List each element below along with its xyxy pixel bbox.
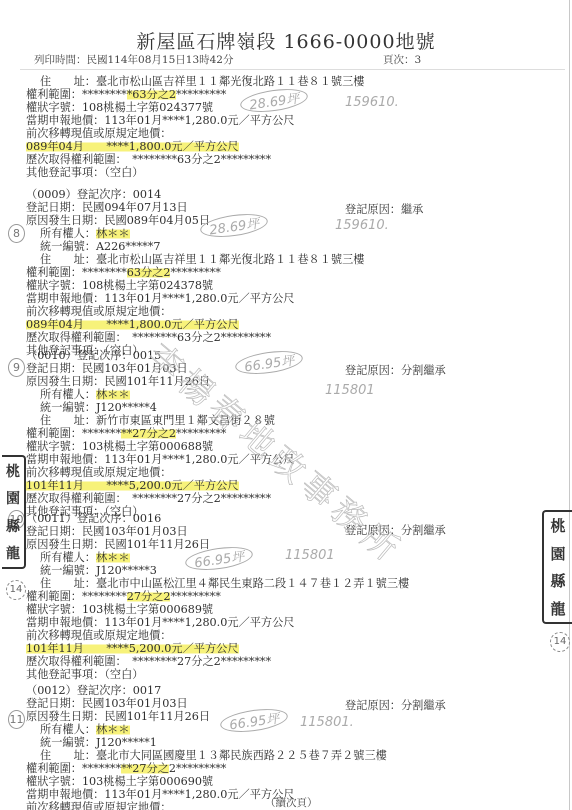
- record-prev-value-label: 前次移轉現值或原規定地價：: [26, 629, 171, 642]
- carryover-prev-value-label: 前次移轉現值或原規定地價：: [26, 127, 171, 140]
- circled-number: 9: [8, 358, 25, 377]
- record-owner: 所有權人：林＊＊: [40, 227, 130, 240]
- record-seq: （0011）登記次序：0016: [26, 512, 161, 525]
- record-owner: 所有權人：林＊＊: [40, 723, 130, 736]
- record-reason: 登記原因：分割繼承: [345, 697, 446, 713]
- record-cert-no: 權狀字號：103桃楊土字第000690號: [26, 775, 213, 788]
- carryover-hist-rights: 歷次取得權利範圍： ********63分之2*********: [26, 153, 271, 166]
- handwritten-value-note: 159610.: [335, 218, 389, 233]
- record-prev-value-label: 前次移轉現值或原規定地價：: [26, 466, 171, 479]
- record-declared-value: 當期申報地價：113年01月****1,280.0元／平方公尺: [26, 788, 294, 801]
- circled-number: 11: [8, 710, 25, 729]
- record-owner: 所有權人：林＊＊: [40, 388, 130, 401]
- highlight: *63分之2: [127, 88, 176, 101]
- print-time: 列印時間：民國114年08月15日13時42分: [34, 52, 233, 67]
- handwritten-value-note: 115801: [325, 383, 375, 398]
- record-cert-no: 權狀字號：103桃楊土字第000689號: [26, 603, 213, 616]
- record-reason: 登記原因：分割繼承: [345, 362, 446, 378]
- carryover-prev-value: 089年04月 ****1,800.0元／平方公尺: [26, 140, 239, 153]
- record-prev-value-label: 前次移轉現值或原規定地價：: [26, 305, 171, 318]
- page-number: 頁次：3: [383, 52, 421, 67]
- record-rights: 權利範圍：*********27分之2*********: [26, 427, 226, 440]
- record-rights: 權利範圍：********63分之2*********: [26, 266, 221, 279]
- record-address: 住 址：臺北市中山區松江里４鄰民生東路二段１４７巷１２弄１號三樓: [40, 577, 409, 590]
- record-id-no: 統一編號：A226*****7: [40, 240, 160, 253]
- record-address: 住 址：臺北市松山區吉祥里１１鄰光復北路１１巷８１號三樓: [40, 253, 364, 266]
- record-rights: 權利範圍：*********27分之2*********: [26, 762, 226, 775]
- handwritten-area-note: 28.69坪: [239, 85, 309, 115]
- record-other: 其他登記事項：（空白）: [26, 668, 143, 681]
- record-prev-value: 101年11月 ****5,200.0元／平方公尺: [26, 479, 239, 492]
- handwritten-value-note: 159610.: [345, 95, 399, 110]
- record-reason: 登記原因：繼承: [345, 201, 423, 217]
- circled-number: 8: [8, 224, 25, 243]
- record-address: 住 址：臺北市大同區國慶里１３鄰民族西路２２５巷７弄２號三樓: [40, 749, 387, 762]
- record-rights: 權利範圍：********27分之2*********: [26, 590, 221, 603]
- handwritten-area-note: 66.95坪: [219, 705, 289, 735]
- record-hist-rights: 歷次取得權利範圍： ********27分之2*********: [26, 492, 271, 505]
- left-seal-number: 14: [6, 580, 26, 600]
- record-seq: （0009）登記次序：0014: [26, 188, 161, 201]
- handwritten-value-note: 115801.: [300, 715, 354, 730]
- record-owner: 所有權人：林＊＊: [40, 551, 130, 564]
- record-prev-value-label: 前次移轉現值或原規定地價：: [26, 801, 171, 810]
- record-cert-no: 權狀字號：108桃楊土字第024378號: [26, 279, 213, 292]
- record-id-no: 統一編號：J120*****1: [40, 736, 157, 749]
- record-hist-rights: 歷次取得權利範圍： ********27分之2*********: [26, 655, 271, 668]
- carryover-other: 其他登記事項：（空白）: [26, 166, 143, 179]
- carryover-declared-value: 當期申報地價：113年01月****1,280.0元／平方公尺: [26, 114, 294, 127]
- record-prev-value: 089年04月 ****1,800.0元／平方公尺: [26, 318, 239, 331]
- handwritten-value-note: 115801: [285, 548, 335, 563]
- record-cause-date: 原因發生日期：民國089年04月05日: [26, 214, 210, 227]
- continued-label: （續次頁）: [265, 795, 318, 810]
- record-seq: （0010）登記次序：0015: [26, 349, 161, 362]
- land-register-page: 新屋區石牌嶺段 1666-0000地號 列印時間：民國114年08月15日13時…: [0, 0, 572, 810]
- record-cause-date: 原因發生日期：民國101年11月26日: [26, 710, 210, 723]
- handwritten-area-note: 66.95坪: [234, 347, 304, 377]
- carryover-address: 住 址：臺北市松山區吉祥里１１鄰光復北路１１巷８１號三樓: [40, 75, 364, 88]
- left-edge-stamp: 桃園縣龍: [2, 455, 26, 569]
- record-cause-date: 原因發生日期：民國101年11月26日: [26, 538, 210, 551]
- record-declared-value: 當期申報地價：113年01月****1,280.0元／平方公尺: [26, 616, 294, 629]
- header-divider: [20, 69, 565, 70]
- carryover-rights: 權利範圍：*********63分之2*********: [26, 88, 226, 101]
- record-reg-date: 登記日期：民國103年01月03日: [26, 525, 188, 538]
- right-seal-number: 14: [550, 632, 570, 652]
- record-id-no: 統一編號：J120*****3: [40, 564, 157, 577]
- carryover-cert-no: 權狀字號：108桃楊土字第024377號: [26, 101, 213, 114]
- page-title: 新屋區石牌嶺段 1666-0000地號: [0, 27, 572, 54]
- record-prev-value: 101年11月 ****5,200.0元／平方公尺: [26, 642, 239, 655]
- record-id-no: 統一編號：J120*****4: [40, 401, 157, 414]
- record-declared-value: 當期申報地價：113年01月****1,280.0元／平方公尺: [26, 292, 294, 305]
- page-edge: [569, 0, 570, 810]
- record-cert-no: 權狀字號：103桃楊土字第000688號: [26, 440, 213, 453]
- record-seq: （0012）登記次序：0017: [26, 684, 161, 697]
- record-reg-date: 登記日期：民國094年07月13日: [26, 201, 188, 214]
- record-hist-rights: 歷次取得權利範圍： ********63分之2*********: [26, 331, 271, 344]
- record-reg-date: 登記日期：民國103年01月03日: [26, 697, 188, 710]
- right-edge-stamp: 桃園縣龍: [542, 510, 572, 624]
